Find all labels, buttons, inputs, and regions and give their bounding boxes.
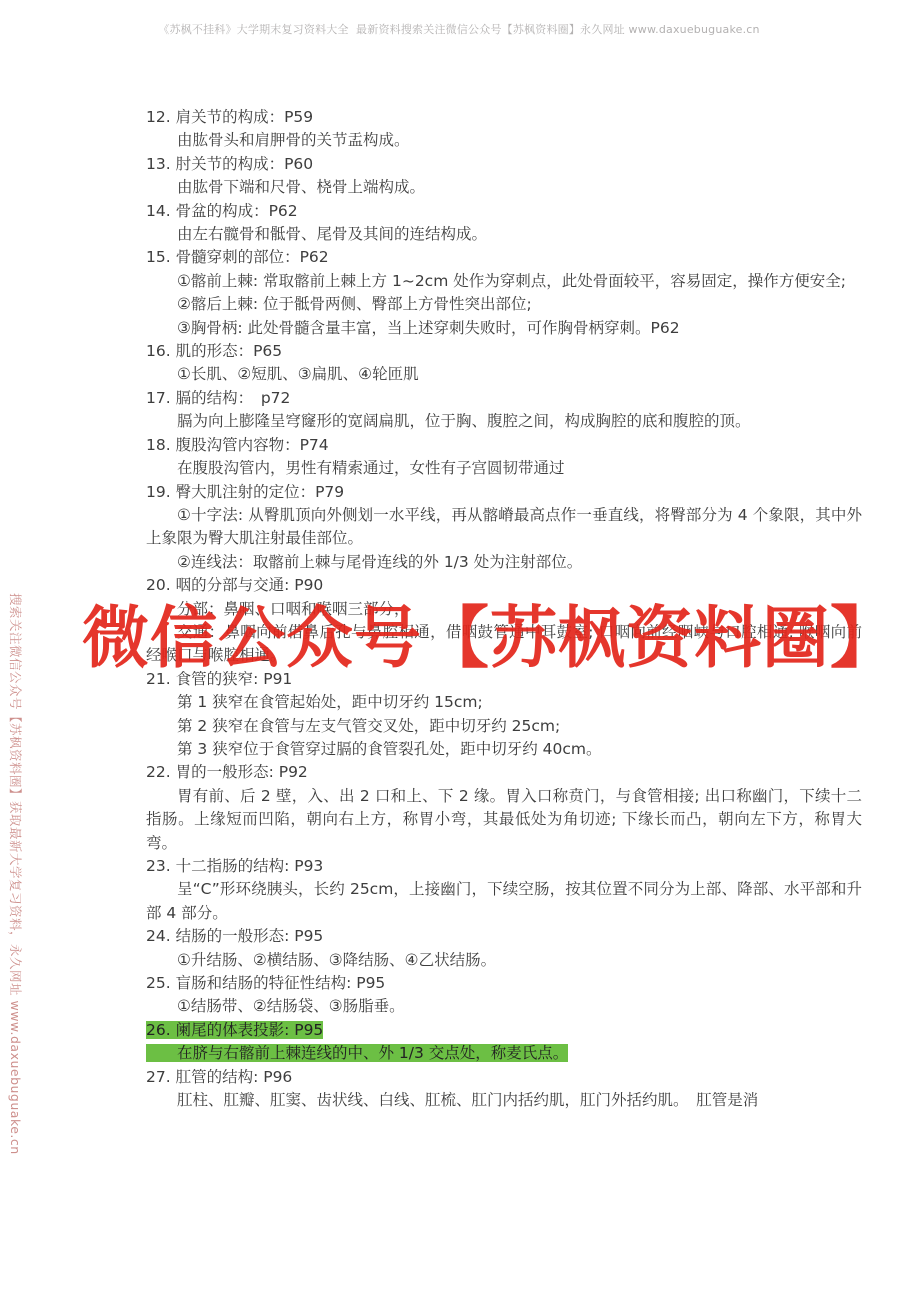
item-paragraph: 在脐与右髂前上棘连线的中、外 1/3 交点处，称麦氏点。 [146,1042,862,1065]
item-title: 19. 臀大肌注射的定位：P79 [146,481,862,504]
item-title-text: 23. 十二指肠的结构: P93 [146,857,323,875]
item-paragraph: ①长肌、②短肌、③扁肌、④轮匝肌 [146,363,862,386]
list-item: 15. 骨髓穿刺的部位：P62 ①髂前上棘: 常取髂前上棘上方 1~2cm 处作… [146,246,862,340]
item-paragraph: 第 2 狭窄在食管与左支气管交叉处，距中切牙约 25cm; [146,715,862,738]
item-title: 13. 肘关节的构成：P60 [146,153,862,176]
item-paragraph: 胃有前、后 2 壁，入、出 2 口和上、下 2 缘。胃入口称贲门，与食管相接; … [146,785,862,855]
list-item: 25. 盲肠和结肠的特征性结构: P95 ①结肠带、②结肠袋、③肠脂垂。 [146,972,862,1019]
item-paragraph: ②连线法：取髂前上棘与尾骨连线的外 1/3 处为注射部位。 [146,551,862,574]
list-item: 17. 膈的结构： p72 膈为向上膨隆呈穹窿形的宽阔扁肌，位于胸、腹腔之间，构… [146,387,862,434]
list-item: 13. 肘关节的构成：P60 由肱骨下端和尺骨、桡骨上端构成。 [146,153,862,200]
list-item: 16. 肌的形态：P65 ①长肌、②短肌、③扁肌、④轮匝肌 [146,340,862,387]
item-title-text: 18. 腹股沟管内容物：P74 [146,436,329,454]
item-title-text: 19. 臀大肌注射的定位：P79 [146,483,344,501]
item-title-text: 20. 咽的分部与交通: P90 [146,576,323,594]
item-paragraph-text: 胃有前、后 2 壁，入、出 2 口和上、下 2 缘。胃入口称贲门，与食管相接; … [146,787,862,852]
item-paragraph-text: ①长肌、②短肌、③扁肌、④轮匝肌 [177,365,419,383]
item-paragraph: 由左右髋骨和骶骨、尾骨及其间的连结构成。 [146,223,862,246]
item-paragraph-text: 在脐与右髂前上棘连线的中、外 1/3 交点处，称麦氏点。 [146,1044,568,1062]
list-item: 12. 肩关节的构成：P59 由肱骨头和肩胛骨的关节盂构成。 [146,106,862,153]
item-title-text: 14. 骨盆的构成：P62 [146,202,298,220]
item-paragraph: 由肱骨头和肩胛骨的关节盂构成。 [146,129,862,152]
item-title: 17. 膈的结构： p72 [146,387,862,410]
item-title: 20. 咽的分部与交通: P90 [146,574,862,597]
list-item: 21. 食管的狭窄: P91 第 1 狭窄在食管起始处，距中切牙约 15cm;第… [146,668,862,762]
item-paragraph-text: 由肱骨下端和尺骨、桡骨上端构成。 [177,178,425,196]
item-paragraph-text: ①十字法: 从臀肌顶向外侧划一水平线，再从髂嵴最高点作一垂直线，将臀部分为 4 … [146,506,862,547]
item-paragraph: ①结肠带、②结肠袋、③肠脂垂。 [146,995,862,1018]
item-title-text: 17. 膈的结构： p72 [146,389,290,407]
left-vertical-watermark: 搜索关注微信公众号【苏枫资料圈】获取最新大学复习资料，永久网址 www.daxu… [7,593,25,1085]
item-paragraph-text: 肛柱、肛瓣、肛窦、齿状线、白线、肛梳、肛门内括约肌，肛门外括约肌。 肛管是消 [177,1091,758,1109]
item-paragraph-text: 第 2 狭窄在食管与左支气管交叉处，距中切牙约 25cm; [177,717,560,735]
item-title-text: 24. 结肠的一般形态: P95 [146,927,323,945]
item-paragraph-text: 由肱骨头和肩胛骨的关节盂构成。 [177,131,410,149]
item-title: 18. 腹股沟管内容物：P74 [146,434,862,457]
item-paragraph-text: ①髂前上棘: 常取髂前上棘上方 1~2cm 处作为穿刺点，此处骨面较平，容易固定… [177,272,846,290]
item-paragraph: 分部：鼻咽、口咽和喉咽三部分， [146,598,862,621]
item-title: 25. 盲肠和结肠的特征性结构: P95 [146,972,862,995]
item-paragraph: ①升结肠、②横结肠、③降结肠、④乙状结肠。 [146,949,862,972]
item-paragraph: ①十字法: 从臀肌顶向外侧划一水平线，再从髂嵴最高点作一垂直线，将臀部分为 4 … [146,504,862,551]
list-item: 26. 阑尾的体表投影: P95 在脐与右髂前上棘连线的中、外 1/3 交点处，… [146,1019,862,1066]
item-title: 26. 阑尾的体表投影: P95 [146,1019,862,1042]
item-paragraph: ②髂后上棘: 位于骶骨两侧、臀部上方骨性突出部位; [146,293,862,316]
list-item: 23. 十二指肠的结构: P93 呈“C”形环绕胰头，长约 25cm，上接幽门，… [146,855,862,925]
item-title-text: 13. 肘关节的构成：P60 [146,155,313,173]
item-paragraph-text: ②连线法：取髂前上棘与尾骨连线的外 1/3 处为注射部位。 [177,553,582,571]
item-paragraph-text: ①升结肠、②横结肠、③降结肠、④乙状结肠。 [177,951,496,969]
item-title: 14. 骨盆的构成：P62 [146,200,862,223]
item-title-text: 16. 肌的形态：P65 [146,342,282,360]
item-paragraph: 第 1 狭窄在食管起始处，距中切牙约 15cm; [146,691,862,714]
item-paragraph: 第 3 狭窄位于食管穿过膈的食管裂孔处，距中切牙约 40cm。 [146,738,862,761]
list-item: 19. 臀大肌注射的定位：P79 ①十字法: 从臀肌顶向外侧划一水平线，再从髂嵴… [146,481,862,575]
list-item: 18. 腹股沟管内容物：P74 在腹股沟管内，男性有精索通过，女性有子宫圆韧带通… [146,434,862,481]
list-item: 14. 骨盆的构成：P62 由左右髋骨和骶骨、尾骨及其间的连结构成。 [146,200,862,247]
item-paragraph: 由肱骨下端和尺骨、桡骨上端构成。 [146,176,862,199]
item-title-text: 25. 盲肠和结肠的特征性结构: P95 [146,974,385,992]
item-paragraph-text: ①结肠带、②结肠袋、③肠脂垂。 [177,997,405,1015]
item-paragraph-text: 在腹股沟管内，男性有精索通过，女性有子宫圆韧带通过 [177,459,565,477]
item-title: 22. 胃的一般形态: P92 [146,761,862,784]
list-item: 24. 结肠的一般形态: P95 ①升结肠、②横结肠、③降结肠、④乙状结肠。 [146,925,862,972]
item-title-text: 26. 阑尾的体表投影: P95 [146,1021,323,1039]
item-paragraph: ③胸骨柄: 此处骨髓含量丰富，当上述穿刺失败时，可作胸骨柄穿刺。P62 [146,317,862,340]
item-title: 16. 肌的形态：P65 [146,340,862,363]
item-paragraph: 肛柱、肛瓣、肛窦、齿状线、白线、肛梳、肛门内括约肌，肛门外括约肌。 肛管是消 [146,1089,862,1112]
item-title: 23. 十二指肠的结构: P93 [146,855,862,878]
list-item: 27. 肛管的结构: P96 肛柱、肛瓣、肛窦、齿状线、白线、肛梳、肛门内括约肌… [146,1066,862,1113]
item-title-text: 15. 骨髓穿刺的部位：P62 [146,248,329,266]
item-paragraph-text: 膈为向上膨隆呈穹窿形的宽阔扁肌，位于胸、腹腔之间，构成胸腔的底和腹腔的顶。 [177,412,751,430]
item-paragraph-text: 呈“C”形环绕胰头，长约 25cm，上接幽门，下续空肠，按其位置不同分为上部、降… [146,880,862,921]
item-paragraph-text: 由左右髋骨和骶骨、尾骨及其间的连结构成。 [177,225,487,243]
item-paragraph-text: 第 3 狭窄位于食管穿过膈的食管裂孔处，距中切牙约 40cm。 [177,740,602,758]
item-paragraph: 膈为向上膨隆呈穹窿形的宽阔扁肌，位于胸、腹腔之间，构成胸腔的底和腹腔的顶。 [146,410,862,433]
item-title: 24. 结肠的一般形态: P95 [146,925,862,948]
item-paragraph-text: 分部：鼻咽、口咽和喉咽三部分， [177,600,410,618]
item-title-text: 27. 肛管的结构: P96 [146,1068,292,1086]
item-title: 27. 肛管的结构: P96 [146,1066,862,1089]
item-title-text: 21. 食管的狭窄: P91 [146,670,292,688]
item-paragraph: 呈“C”形环绕胰头，长约 25cm，上接幽门，下续空肠，按其位置不同分为上部、降… [146,878,862,925]
top-watermark-header: 《苏枫不挂科》大学期末复习资料大全 最新资料搜索关注微信公众号【苏枫资料圈】永久… [0,21,918,37]
list-item: 22. 胃的一般形态: P92 胃有前、后 2 壁，入、出 2 口和上、下 2 … [146,761,862,855]
item-title-text: 22. 胃的一般形态: P92 [146,763,308,781]
item-title: 12. 肩关节的构成：P59 [146,106,862,129]
item-paragraph: ①髂前上棘: 常取髂前上棘上方 1~2cm 处作为穿刺点，此处骨面较平，容易固定… [146,270,862,293]
item-paragraph: 在腹股沟管内，男性有精索通过，女性有子宫圆韧带通过 [146,457,862,480]
list-item: 20. 咽的分部与交通: P90 分部：鼻咽、口咽和喉咽三部分，交通：鼻咽向前借… [146,574,862,668]
item-title-text: 12. 肩关节的构成：P59 [146,108,313,126]
item-paragraph-text: 交通：鼻咽向前借鼻后孔与鼻腔相通，借咽鼓管通中耳鼓室; 口咽向前经咽峡与口腔相通… [146,623,862,664]
document-content: 12. 肩关节的构成：P59 由肱骨头和肩胛骨的关节盂构成。 13. 肘关节的构… [146,106,862,1112]
item-title: 21. 食管的狭窄: P91 [146,668,862,691]
item-paragraph-text: 第 1 狭窄在食管起始处，距中切牙约 15cm; [177,693,483,711]
item-paragraph-text: ②髂后上棘: 位于骶骨两侧、臀部上方骨性突出部位; [177,295,532,313]
item-paragraph: 交通：鼻咽向前借鼻后孔与鼻腔相通，借咽鼓管通中耳鼓室; 口咽向前经咽峡与口腔相通… [146,621,862,668]
item-title: 15. 骨髓穿刺的部位：P62 [146,246,862,269]
item-paragraph-text: ③胸骨柄: 此处骨髓含量丰富，当上述穿刺失败时，可作胸骨柄穿刺。P62 [177,319,680,337]
